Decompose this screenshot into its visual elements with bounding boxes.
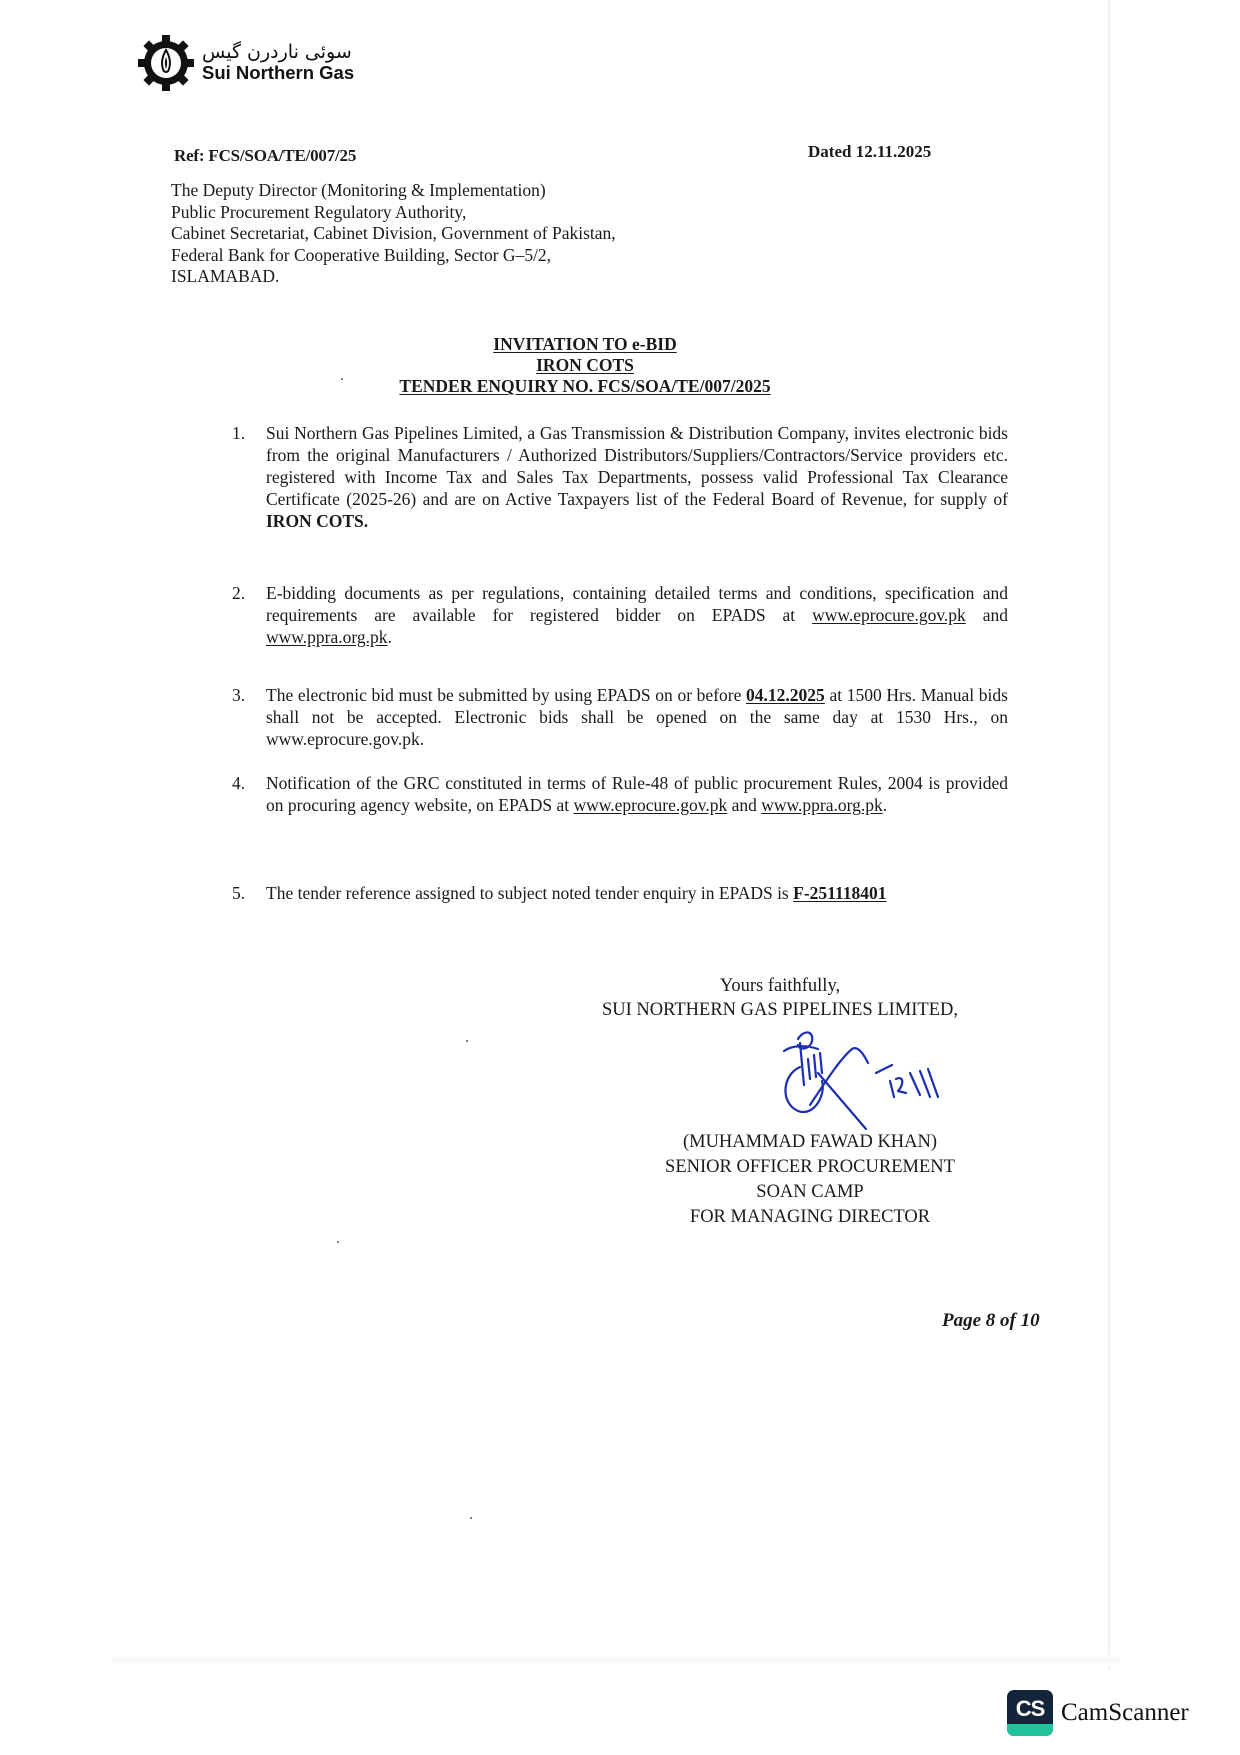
- ppra-link[interactable]: www.ppra.org.pk: [266, 627, 388, 647]
- clause-number: 3.: [228, 684, 266, 750]
- clause-number: 5.: [228, 882, 266, 904]
- address-line: Federal Bank for Cooperative Building, S…: [171, 245, 616, 267]
- tender-reference: F-251118401: [793, 883, 886, 903]
- handwritten-signature: [770, 1025, 960, 1135]
- camscanner-logo-icon: CS: [1007, 1690, 1053, 1736]
- signatory-title: SENIOR OFFICER PROCUREMENT: [620, 1155, 1000, 1180]
- reference-number: Ref: FCS/SOA/TE/007/25: [174, 146, 356, 166]
- scan-speck: [470, 1517, 472, 1519]
- clause-number: 1.: [228, 422, 266, 532]
- clause-text: The tender reference assigned to subject…: [266, 882, 1008, 904]
- company-name: SUI NORTHERN GAS PIPELINES LIMITED,: [560, 998, 1000, 1022]
- signatory-location: SOAN CAMP: [620, 1180, 1000, 1205]
- heading-line-1: INVITATION TO e-BID: [340, 334, 830, 355]
- logo-english-text: Sui Northern Gas: [202, 62, 354, 84]
- clause-item: 5. The tender reference assigned to subj…: [228, 882, 1008, 904]
- clause-number: 2.: [228, 582, 266, 648]
- camscanner-watermark: CS CamScanner: [1007, 1690, 1189, 1736]
- subject-heading: INVITATION TO e-BID IRON COTS TENDER ENQ…: [340, 334, 830, 397]
- heading-line-3: TENDER ENQUIRY NO. FCS/SOA/TE/007/2025: [340, 376, 830, 397]
- clause-number: 4.: [228, 772, 266, 816]
- item-name: IRON COTS.: [266, 511, 368, 531]
- closing-block: Yours faithfully, SUI NORTHERN GAS PIPEL…: [560, 974, 1000, 1022]
- signatory-authority: FOR MANAGING DIRECTOR: [620, 1205, 1000, 1230]
- logo-urdu-text: سوئی ناردرن گیس: [202, 42, 354, 62]
- scan-speck: [466, 1040, 468, 1042]
- clause-item: 2. E-bidding documents as per regulation…: [228, 582, 1008, 648]
- clause-text: Notification of the GRC constituted in t…: [266, 772, 1008, 816]
- company-logo: سوئی ناردرن گیس Sui Northern Gas: [136, 33, 354, 93]
- camscanner-label: CamScanner: [1061, 1699, 1189, 1727]
- scan-edge: [1108, 0, 1110, 1670]
- eprocure-link[interactable]: www.eprocure.gov.pk: [574, 795, 728, 815]
- submission-deadline: 04.12.2025: [746, 685, 825, 705]
- scan-speck: [341, 378, 343, 380]
- gear-flame-logo-icon: [136, 33, 196, 93]
- page-number: Page 8 of 10: [942, 1310, 1040, 1332]
- clause-text: Sui Northern Gas Pipelines Limited, a Ga…: [266, 422, 1008, 532]
- signatory-name: (MUHAMMAD FAWAD KHAN): [620, 1130, 1000, 1155]
- signatory-block: (MUHAMMAD FAWAD KHAN) SENIOR OFFICER PRO…: [620, 1130, 1000, 1230]
- heading-line-2: IRON COTS: [340, 355, 830, 376]
- ppra-link[interactable]: www.ppra.org.pk: [761, 795, 883, 815]
- address-line: Cabinet Secretariat, Cabinet Division, G…: [171, 223, 616, 245]
- clause-text: E-bidding documents as per regulations, …: [266, 582, 1008, 648]
- scan-speck: [337, 1241, 339, 1243]
- eprocure-link[interactable]: www.eprocure.gov.pk: [812, 605, 966, 625]
- scan-artifact: [112, 1655, 1120, 1665]
- document-page: سوئی ناردرن گیس Sui Northern Gas Ref: FC…: [0, 0, 1240, 1755]
- clause-item: 4. Notification of the GRC constituted i…: [228, 772, 1008, 816]
- clause-text: The electronic bid must be submitted by …: [266, 684, 1008, 750]
- clause-item: 3. The electronic bid must be submitted …: [228, 684, 1008, 750]
- letter-date: Dated 12.11.2025: [808, 142, 931, 162]
- address-line: The Deputy Director (Monitoring & Implem…: [171, 180, 616, 202]
- recipient-address: The Deputy Director (Monitoring & Implem…: [171, 180, 616, 288]
- complimentary-close: Yours faithfully,: [560, 974, 1000, 998]
- address-line: Public Procurement Regulatory Authority,: [171, 202, 616, 224]
- address-line: ISLAMABAD.: [171, 266, 616, 288]
- clause-item: 1. Sui Northern Gas Pipelines Limited, a…: [228, 422, 1008, 532]
